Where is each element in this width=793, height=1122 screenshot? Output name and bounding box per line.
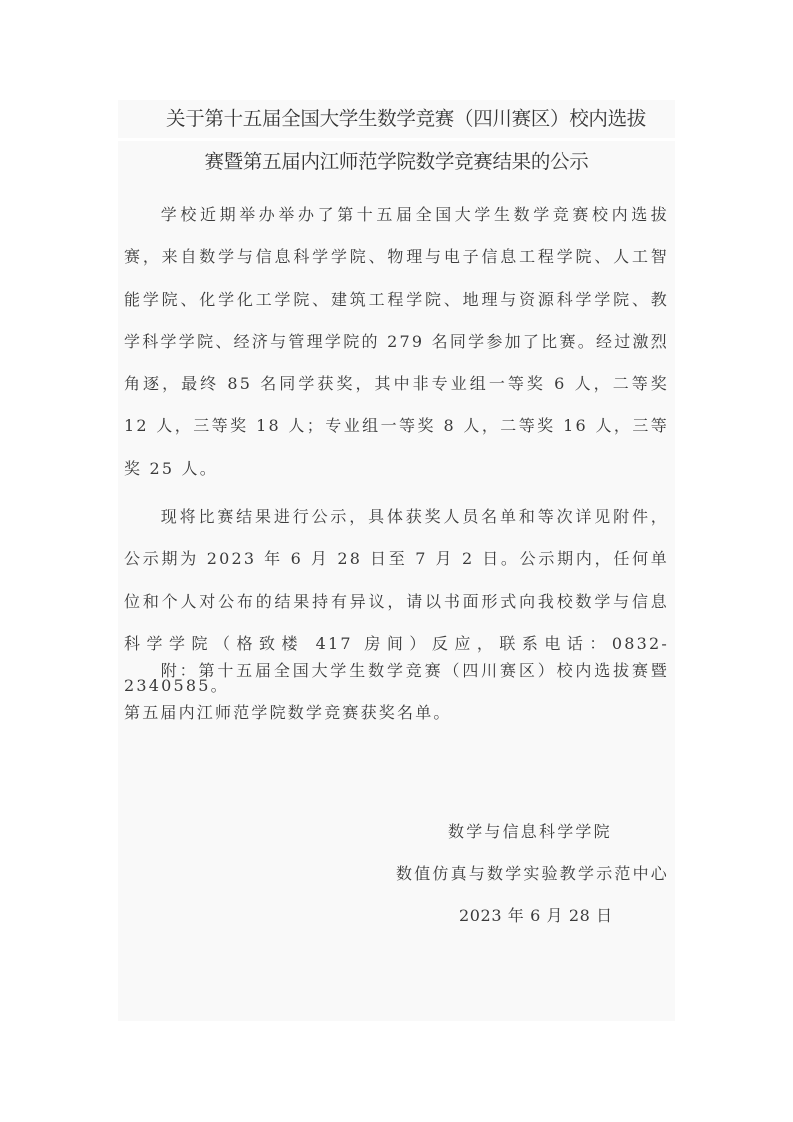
paragraph-attachment: 附：第十五届全国大学生数学竞赛（四川赛区）校内选拔赛暨第五届内江师范学院数学竞赛…	[124, 650, 669, 735]
document-title-line-2: 赛暨第五届内江师范学院数学竞赛结果的公示	[118, 147, 675, 177]
signature-org-center: 数值仿真与数学实验教学示范中心	[396, 859, 669, 889]
signature-org-school: 数学与信息科学学院	[448, 817, 612, 847]
document-title-line-1: 关于第十五届全国大学生数学竞赛（四川赛区）校内选拔	[166, 104, 686, 134]
paragraph-competition-summary: 学校近期举办举办了第十五届全国大学生数学竞赛校内选拔赛，来自数学与信息科学学院、…	[124, 194, 669, 490]
signature-date: 2023 年 6 月 28 日	[459, 901, 613, 931]
